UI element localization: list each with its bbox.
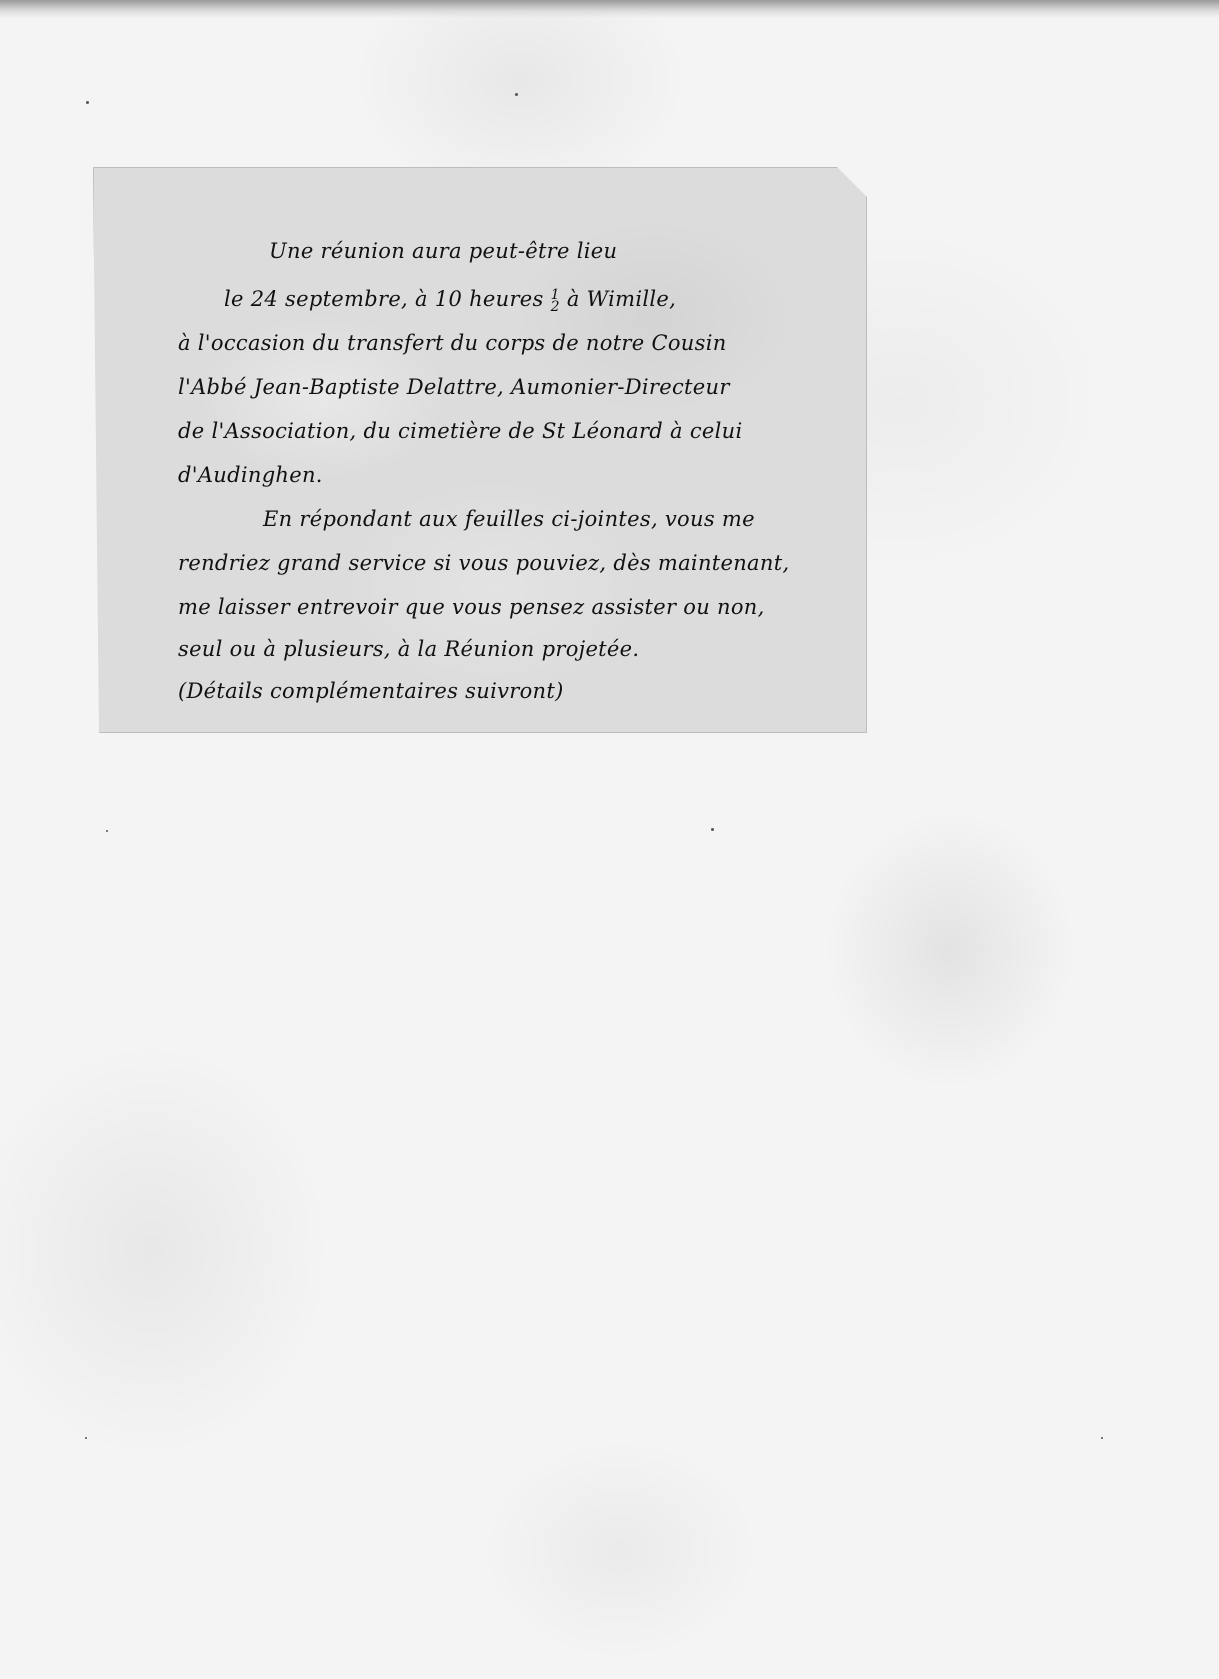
date-time-text: le 24 septembre, à 10 heures (224, 287, 544, 311)
scan-speck (85, 1437, 87, 1439)
text-line-5: de l'Association, du cimetière de St Léo… (178, 419, 742, 443)
text-line-3: à l'occasion du transfert du corps de no… (178, 331, 727, 355)
text-line-9: me laisser entrevoir que vous pensez ass… (178, 595, 765, 619)
text-line-6: d'Audinghen. (178, 463, 323, 487)
text-line-7: En répondant aux feuilles ci-jointes, vo… (263, 507, 755, 531)
scan-speck (1101, 1437, 1103, 1439)
text-line-10: seul ou à plusieurs, à la Réunion projet… (178, 637, 639, 661)
text-line-11: (Détails complémentaires suivront) (178, 679, 564, 703)
text-line-2: le 24 septembre, à 10 heures 1 2 à Wimil… (224, 287, 676, 313)
scan-speck (86, 101, 89, 104)
scan-top-edge (0, 0, 1219, 18)
scan-speck (106, 830, 108, 832)
text-line-8: rendriez grand service si vous pouviez, … (178, 551, 789, 575)
place-text: à Wimille, (567, 287, 676, 311)
fraction-denominator: 2 (551, 301, 560, 313)
scan-speck (515, 93, 518, 96)
card-text: Une réunion aura peut-être lieu le 24 se… (93, 167, 867, 733)
text-line-4: l'Abbé Jean-Baptiste Delattre, Aumonier-… (178, 375, 730, 399)
half-fraction: 1 2 (551, 289, 560, 313)
scan-speck (711, 828, 714, 831)
handwritten-card: Une réunion aura peut-être lieu le 24 se… (93, 167, 867, 733)
text-line-1: Une réunion aura peut-être lieu (269, 239, 617, 263)
